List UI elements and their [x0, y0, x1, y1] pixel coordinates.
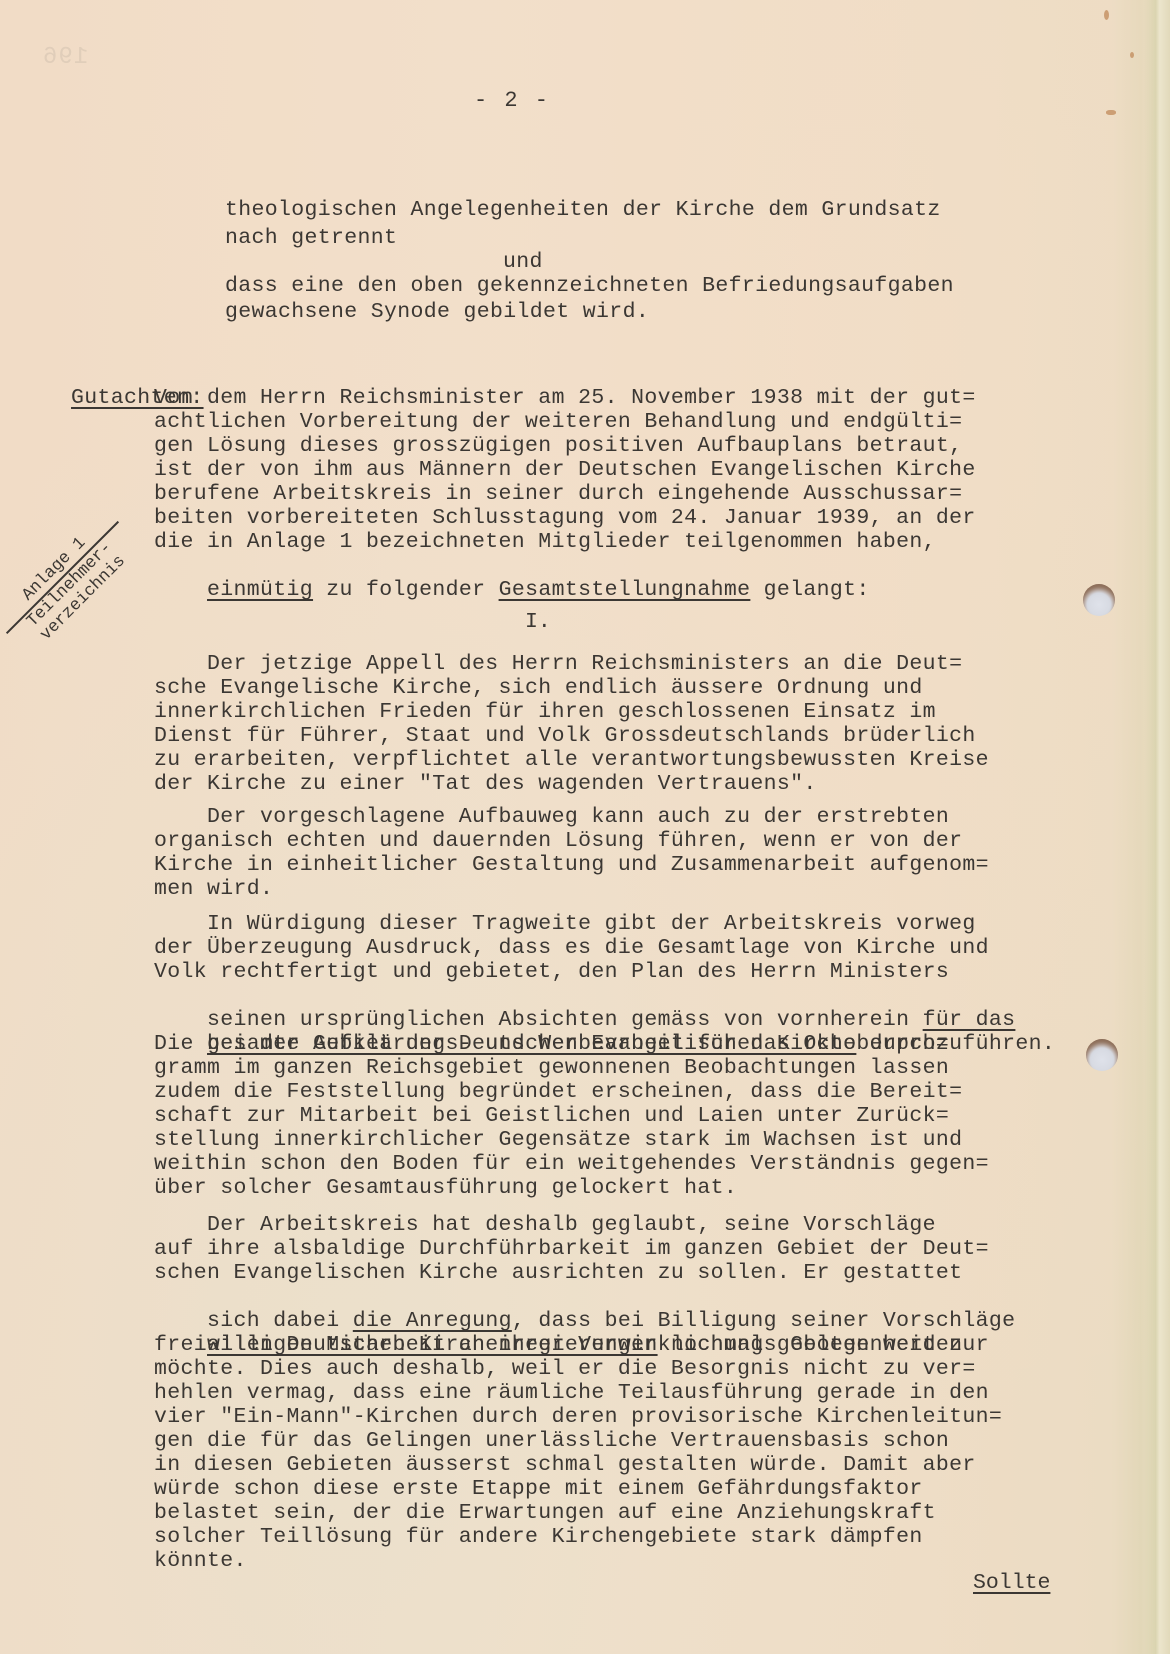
gutachten-line: ist der von ihm aus Männern der Deutsche… [154, 458, 976, 482]
paragraph-line: auf ihre alsbaldige Durchführbarkeit im … [154, 1237, 989, 1261]
gutachten-line: die in Anlage 1 bezeichneten Mitglieder … [154, 530, 936, 554]
paragraph-line: der Kirche zu einer "Tat des wagenden Ve… [154, 772, 817, 796]
gutachten-line: beiten vorbereiteten Schlusstagung vom 2… [154, 506, 976, 530]
paragraph-line: Dienst für Führer, Staat und Volk Grossd… [154, 724, 976, 748]
paragraph-line: schen Evangelischen Kirche ausrichten zu… [154, 1261, 962, 1285]
text-segment: gelangt: [750, 578, 869, 602]
gutachten-line: gen Lösung dieses grosszügigen positiven… [154, 434, 962, 458]
paragraph-line: schaft zur Mitarbeit bei Geistlichen und… [154, 1104, 949, 1128]
page-number: - 2 - [474, 88, 550, 113]
intro-line: gewachsene Synode gebildet wird. [225, 300, 649, 324]
paragraph-line: innerkirchlichen Frieden für ihren gesch… [154, 700, 936, 724]
paragraph-line: gen die für das Gelingen unerlässliche V… [154, 1429, 949, 1453]
margin-note-line: Teilnehmer- [3, 518, 137, 652]
bleed-through-page-number: 196 [42, 44, 88, 71]
paragraph-line: Der vorgeschlagene Aufbauweg kann auch z… [154, 805, 949, 829]
paragraph-line: vier "Ein-Mann"-Kirchen durch deren prov… [154, 1405, 1002, 1429]
intro-line: nach getrennt [225, 226, 397, 250]
underlined-gesamtstellungnahme: Gesamtstellungnahme [499, 578, 751, 602]
paragraph-line: möchte. Dies auch deshalb, weil er die B… [154, 1357, 976, 1381]
punch-hole [1083, 584, 1115, 616]
rust-stain [1104, 10, 1109, 20]
gutachten-line: achtlichen Vorbereitung der weiteren Beh… [154, 410, 962, 434]
intro-line: theologischen Angelegenheiten der Kirche… [225, 198, 941, 222]
underlined-einmuetig: einmütig [207, 578, 313, 602]
paragraph-line: Volk rechtfertigt und gebietet, den Plan… [154, 960, 949, 984]
paragraph-line: zu erarbeiten, verpflichtet alle verantw… [154, 748, 989, 772]
text-segment: zu folgender [313, 578, 499, 602]
document-page: 196 - 2 - theologischen Angelegenheiten … [0, 0, 1170, 1654]
paragraph-line: zudem die Feststellung begründet erschei… [154, 1080, 962, 1104]
paragraph-line: organisch echten und dauernden Lösung fü… [154, 829, 962, 853]
paragraph-line: weithin schon den Boden für ein weitgehe… [154, 1152, 989, 1176]
gutachten-line: Von dem Herrn Reichsminister am 25. Nove… [154, 386, 976, 410]
catchword: Sollte [973, 1571, 1050, 1595]
catchword-text: Sollte [973, 1571, 1050, 1595]
paragraph-line: solcher Teillösung für andere Kirchengeb… [154, 1525, 923, 1549]
paragraph-line: in diesen Gebieten äusserst schmal gesta… [154, 1453, 976, 1477]
gutachten-line: berufene Arbeitskreis in seiner durch ei… [154, 482, 962, 506]
paragraph-line: über solcher Gesamtausführung gelockert … [154, 1176, 737, 1200]
paragraph-line: freiwilligen Mitarbeit an ihrer Verwirkl… [154, 1333, 962, 1357]
binder-edge [1144, 0, 1170, 1654]
paragraph-line: Die bei der Aufklärungs- und Werbearbeit… [154, 1032, 949, 1056]
paragraph-line: men wird. [154, 877, 273, 901]
rust-stain [1106, 110, 1116, 115]
paragraph-line: Kirche in einheitlicher Gestaltung und Z… [154, 853, 989, 877]
paragraph-line: Der jetzige Appell des Herrn Reichsminis… [154, 652, 962, 676]
gutachten-line: einmütig zu folgender Gesamtstellungnahm… [154, 554, 870, 626]
paragraph-line: sche Evangelische Kirche, sich endlich ä… [154, 676, 923, 700]
paragraph-line: belastet sein, der die Erwartungen auf e… [154, 1501, 936, 1525]
punch-hole [1086, 1039, 1118, 1071]
paragraph-line: gramm im ganzen Reichsgebiet gewonnenen … [154, 1056, 949, 1080]
paragraph-line: würde schon diese erste Etappe mit einem… [154, 1477, 923, 1501]
paragraph-line: stellung innerkirchlicher Gegensätze sta… [154, 1128, 962, 1152]
paragraph-line: Der Arbeitskreis hat deshalb geglaubt, s… [154, 1213, 936, 1237]
intro-line: und [503, 250, 543, 274]
paragraph-line: könnte. [154, 1549, 247, 1573]
section-heading: I. [525, 610, 551, 634]
paragraph-line: hehlen vermag, dass eine räumliche Teila… [154, 1381, 989, 1405]
rust-stain [1130, 52, 1134, 58]
margin-note-anlage: Anlage 1 Teilnehmer- verzeichnis [0, 503, 178, 694]
paragraph-line: In Würdigung dieser Tragweite gibt der A… [154, 912, 976, 936]
paragraph-line: der Überzeugung Ausdruck, dass es die Ge… [154, 936, 989, 960]
intro-line: dass eine den oben gekennzeichneten Befr… [225, 274, 954, 298]
